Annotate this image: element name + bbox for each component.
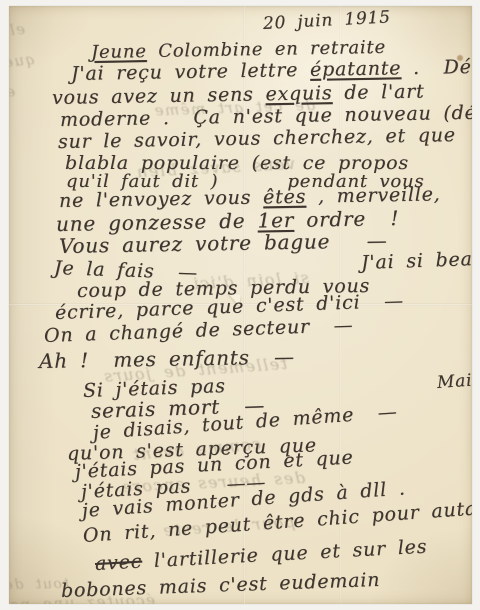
letter-paper: elle copa une que de choses et l'on écri… bbox=[9, 6, 472, 604]
letter-line: Vous aurez votre bague — bbox=[59, 228, 388, 258]
line-text: . Décidément bbox=[401, 54, 472, 79]
letter-line: Mais bbox=[436, 370, 472, 393]
underlined-word: êtes bbox=[263, 186, 306, 209]
underlined-word: exquis bbox=[265, 82, 332, 105]
underlined-word: Jeune bbox=[91, 41, 147, 63]
underlined-word: 1er bbox=[257, 208, 294, 233]
line-text: , merveille, bbox=[306, 183, 441, 207]
letter-line: Ah ! mes enfants — bbox=[39, 345, 295, 373]
line-text: de l'art bbox=[332, 81, 424, 105]
letter-scan-frame: elle copa une que de choses et l'on écri… bbox=[0, 0, 480, 610]
showthrough-fragment: elle copa une bbox=[9, 20, 26, 47]
date-line: 20 juin 1915 bbox=[262, 7, 391, 34]
showthrough-fragment: et l'on écrit bbox=[9, 82, 16, 114]
struck-word: avec bbox=[94, 551, 142, 575]
underlined-word: épatante bbox=[310, 57, 402, 81]
line-text: J'ai reçu votre lettre bbox=[71, 59, 310, 85]
letter-line: J'ai si beau- bbox=[361, 247, 472, 274]
line-text: l'artillerie que et sur les bbox=[142, 536, 428, 573]
showthrough-fragment: que de choses bbox=[9, 50, 36, 82]
